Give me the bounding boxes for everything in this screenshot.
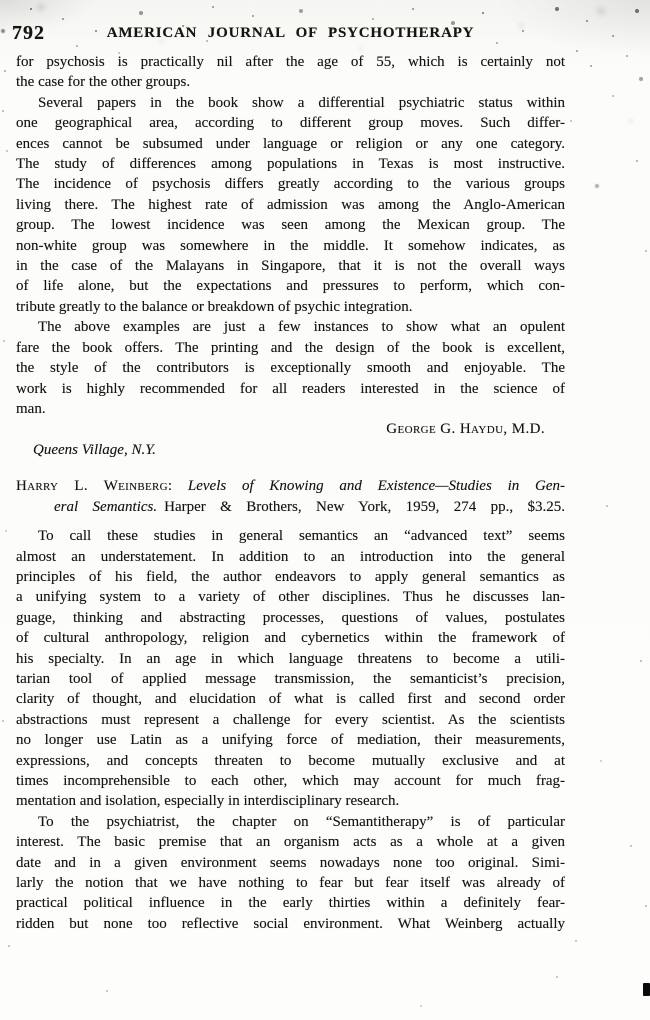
text-line: in the case of the Malayans in Singapore… xyxy=(16,256,565,276)
text-line: larly the notion that we have nothing to… xyxy=(16,873,565,893)
text-line: ridden but none too reflective social en… xyxy=(16,914,565,934)
scan-edge-mark xyxy=(643,983,650,996)
heading-separator: : xyxy=(168,478,188,494)
reviewer-location: Queens Village, N.Y. xyxy=(16,440,565,460)
scan-smudge-noise xyxy=(0,0,2,2)
text-line: expressions, and concepts threaten to be… xyxy=(16,751,565,771)
text-line: man. xyxy=(16,399,565,419)
text-line: the case for the other groups. xyxy=(16,72,565,92)
text-line: date and in a given environment seems no… xyxy=(16,853,565,873)
heading-line-2: eral Semantics.Harper & Brothers, New Yo… xyxy=(16,497,565,518)
paragraph-book-praise: The above examples are just a few instan… xyxy=(16,317,565,419)
book-imprint: Harper & Brothers, New York, 1959, 274 p… xyxy=(164,499,565,515)
paragraph-texas-study: Several papers in the book show a differ… xyxy=(16,93,565,317)
text-line: Several papers in the book show a differ… xyxy=(16,93,565,113)
book-title-part-2: eral Semantics. xyxy=(54,499,157,515)
page-header: 792 AMERICAN JOURNAL OF PSYCHOTHERAPY xyxy=(0,22,650,48)
text-line: the style of the contributors is excepti… xyxy=(16,358,565,378)
text-line: The incidence of psychosis differs great… xyxy=(16,174,565,194)
text-line: for psychosis is practically nil after t… xyxy=(16,52,565,72)
text-line: work is highly recommended for all reade… xyxy=(16,379,565,399)
text-line: non-white group was somewhere in the mid… xyxy=(16,236,565,256)
text-line: practical political influence in the ear… xyxy=(16,893,565,913)
text-line: times incomprehensible to each other, wh… xyxy=(16,771,565,791)
text-line: no longer use Latin as a unifying force … xyxy=(16,730,565,750)
text-line: abstractions must represent a challenge … xyxy=(16,710,565,730)
text-line: a unifying system to a variety of other … xyxy=(16,587,565,607)
text-line: clarity of thought, and elucidation of w… xyxy=(16,689,565,709)
journal-page: 792 AMERICAN JOURNAL OF PSYCHOTHERAPY fo… xyxy=(0,0,650,1020)
text-line: fare the book offers. The printing and t… xyxy=(16,338,565,358)
text-line: To call these studies in general semanti… xyxy=(16,526,565,546)
text-line: mentation and isolation, especially in i… xyxy=(16,791,565,811)
text-line: ences cannot be subsumed under language … xyxy=(16,134,565,154)
text-line: living there. The highest rate of admiss… xyxy=(16,195,565,215)
text-line: of life alone, but the expectations and … xyxy=(16,276,565,296)
text-line: almost an understatement. In addition to… xyxy=(16,547,565,567)
review-author-name: Harry L. Weinberg xyxy=(16,478,168,494)
scan-speckle-noise xyxy=(0,0,2,2)
heading-line-1: Harry L. Weinberg: Levels of Knowing and… xyxy=(16,476,565,497)
text-line: tribute greatly to the balance or breakd… xyxy=(16,297,565,317)
text-line: of cultural anthropology, religion and c… xyxy=(16,628,565,648)
text-line: guage, thinking and abstracting processe… xyxy=(16,608,565,628)
text-line: his specialty. In an age in which langua… xyxy=(16,649,565,669)
paragraph-semantitherapy: To the psychiatrist, the chapter on “Sem… xyxy=(16,812,565,934)
book-title-part-1: Levels of Knowing and Existence—Studies … xyxy=(188,478,565,494)
text-line: one geographical area, according to diff… xyxy=(16,113,565,133)
text-line: interest. The basic premise that an orga… xyxy=(16,832,565,852)
text-line: The study of differences among populatio… xyxy=(16,154,565,174)
text-line: group. The lowest incidence was seen amo… xyxy=(16,215,565,235)
text-line: The above examples are just a few instan… xyxy=(16,317,565,337)
reviewer-signature: George G. Haydu, M.D. xyxy=(16,419,565,439)
text-line: To the psychiatrist, the chapter on “Sem… xyxy=(16,812,565,832)
text-line: principles of his field, the author ende… xyxy=(16,567,565,587)
paragraph-psychosis-continuation: for psychosis is practically nil after t… xyxy=(16,52,565,93)
journal-running-head: AMERICAN JOURNAL OF PSYCHOTHERAPY xyxy=(16,25,565,42)
paragraph-weinberg-overview: To call these studies in general semanti… xyxy=(16,526,565,812)
book-review-heading: Harry L. Weinberg: Levels of Knowing and… xyxy=(16,476,565,518)
text-line: tarian tool of applied message transmiss… xyxy=(16,669,565,689)
text-column: for psychosis is practically nil after t… xyxy=(16,52,565,934)
